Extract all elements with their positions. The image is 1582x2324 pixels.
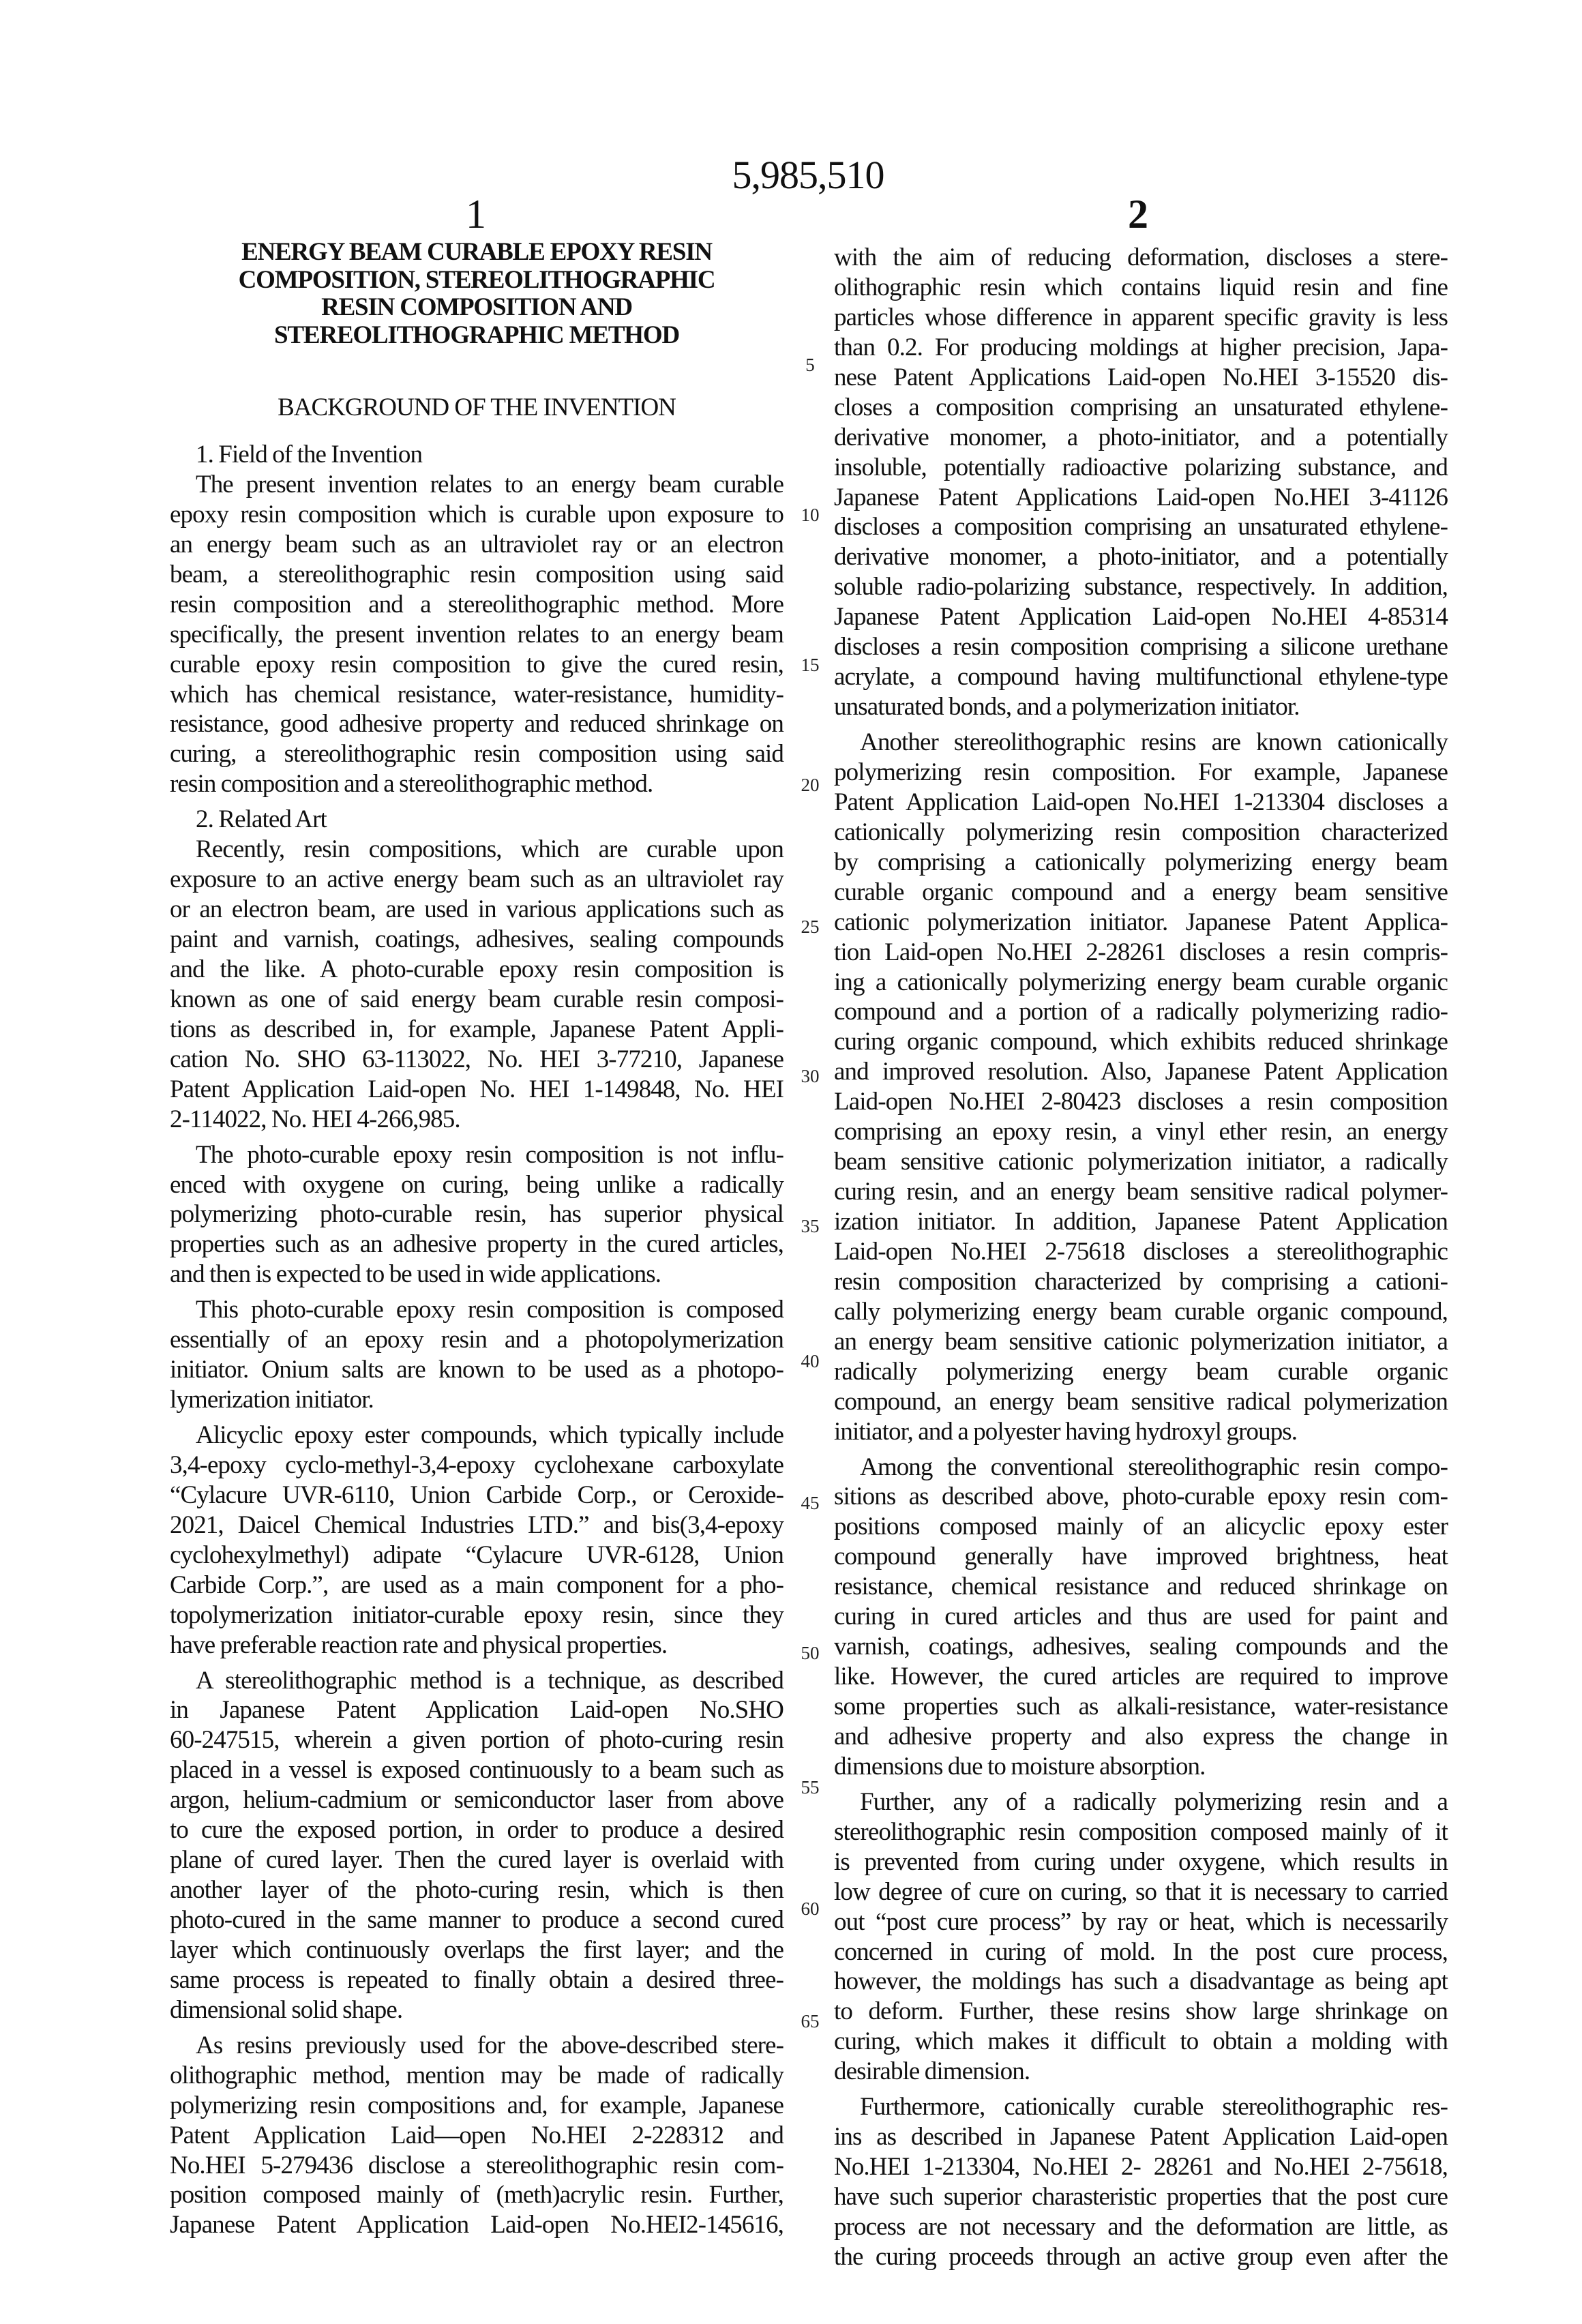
text-line: curing resin, and an energy beam sensiti…: [834, 1177, 1448, 1207]
text-line: is prevented from curing under oxygene, …: [834, 1847, 1448, 1877]
text-line: beam sensitive cationic polymerization i…: [834, 1147, 1448, 1177]
line-number: 15: [791, 656, 829, 674]
text-line: ization initiator. In addition, Japanese…: [834, 1207, 1448, 1237]
paragraph-field: The present invention relates to an ener…: [170, 470, 783, 805]
text-line: varnish, coatings, adhesives, sealing co…: [834, 1632, 1448, 1662]
text-line: compound, an energy beam sensitive radic…: [834, 1387, 1448, 1417]
text-line: polymerizing resin compositions and, for…: [170, 2091, 783, 2121]
paragraph-right-4: Further, any of a radically polymerizing…: [834, 1787, 1448, 2092]
text-line: beam, a stereolithographic resin composi…: [170, 560, 783, 590]
text-line: Japanese Patent Applications Laid-open N…: [834, 483, 1448, 513]
text-line: have such superior charasteristic proper…: [834, 2182, 1448, 2212]
text-line: desirable dimension.: [834, 2057, 1448, 2087]
paragraph-related-6: As resins previously used for the above-…: [170, 2031, 783, 2241]
section-heading-background: BACKGROUND OF THE INVENTION: [170, 393, 783, 423]
text-line: curing organic compound, which exhibits …: [834, 1027, 1448, 1057]
text-line: topolymerization initiator-curable epoxy…: [170, 1600, 783, 1630]
line-number: 55: [791, 1778, 829, 1797]
text-line: another layer of the photo-curing resin,…: [170, 1875, 783, 1905]
text-line: radically polymerizing energy beam curab…: [834, 1357, 1448, 1387]
text-line: than 0.2. For producing moldings at high…: [834, 333, 1448, 363]
text-line: curing, which makes it difficult to obta…: [834, 2027, 1448, 2057]
line-number: 45: [791, 1494, 829, 1513]
text-line: an energy beam such as an ultraviolet ra…: [170, 530, 783, 560]
text-line: enced with oxygene on curing, being unli…: [170, 1170, 783, 1200]
text-line: The photo-curable epoxy resin compositio…: [170, 1140, 783, 1170]
text-line: soluble radio-polarizing substance, resp…: [834, 572, 1448, 602]
text-line: 60-247515, wherein a given portion of ph…: [170, 1725, 783, 1755]
left-column: ENERGY BEAM CURABLE EPOXY RESINCOMPOSITI…: [170, 239, 783, 2240]
text-line: process are not necessary and the deform…: [834, 2212, 1448, 2242]
text-line: acrylate, a compound having multifunctio…: [834, 662, 1448, 692]
text-line: or an electron beam, are used in various…: [170, 895, 783, 925]
text-line: however, the moldings has such a disadva…: [834, 1967, 1448, 1997]
text-line: 2021, Daicel Chemical Industries LTD.” a…: [170, 1510, 783, 1540]
line-number: 60: [791, 1900, 829, 1918]
text-line: tions as described in, for example, Japa…: [170, 1015, 783, 1045]
line-number: 10: [791, 506, 829, 524]
text-line: dimensions due to moisture absorption.: [834, 1752, 1448, 1782]
text-line: sitions as described above, photo-curabl…: [834, 1482, 1448, 1512]
text-line: concerned in curing of mold. In the post…: [834, 1937, 1448, 1967]
text-line: cally polymerizing energy beam curable o…: [834, 1297, 1448, 1327]
text-line: closes a composition comprising an unsat…: [834, 393, 1448, 423]
text-line: curing, a stereolithographic resin compo…: [170, 739, 783, 769]
line-number: 50: [791, 1644, 829, 1663]
text-line: resin composition and a stereolithograph…: [170, 590, 783, 620]
text-line: This photo-curable epoxy resin compositi…: [170, 1295, 783, 1325]
text-line: photo-cured in the same manner to produc…: [170, 1905, 783, 1935]
text-line: comprising an epoxy resin, a vinyl ether…: [834, 1117, 1448, 1147]
text-line: stereolithographic resin composition com…: [834, 1817, 1448, 1847]
text-line: low degree of cure on curing, so that it…: [834, 1877, 1448, 1907]
text-line: Japanese Patent Application Laid-open No…: [170, 2210, 783, 2240]
text-line: Patent Application Laid—open No.HEI 2-22…: [170, 2121, 783, 2151]
text-line: resin composition and a stereolithograph…: [170, 769, 783, 799]
text-line: to cure the exposed portion, in order to…: [170, 1815, 783, 1845]
title-line: STEREOLITHOGRAPHIC METHOD: [170, 322, 783, 350]
text-line: discloses a composition comprising an un…: [834, 512, 1448, 542]
text-line: and the like. A photo-curable epoxy resi…: [170, 955, 783, 985]
text-line: and improved resolution. Also, Japanese …: [834, 1057, 1448, 1087]
text-line: with the aim of reducing deformation, di…: [834, 243, 1448, 273]
right-column: with the aim of reducing deformation, di…: [834, 243, 1448, 2272]
text-line: olithographic method, mention may be mad…: [170, 2061, 783, 2091]
text-line: cationic polymerization initiator. Japan…: [834, 908, 1448, 938]
text-line: and adhesive property and also express t…: [834, 1722, 1448, 1752]
text-line: Another stereolithographic resins are kn…: [834, 728, 1448, 758]
text-line: resin composition characterized by compr…: [834, 1267, 1448, 1297]
text-line: resistance, chemical resistance and redu…: [834, 1572, 1448, 1602]
text-line: have preferable reaction rate and physic…: [170, 1630, 783, 1660]
column-number-right: 2: [1070, 194, 1206, 235]
text-line: The present invention relates to an ener…: [170, 470, 783, 500]
text-line: ing a cationically polymerizing energy b…: [834, 968, 1448, 998]
paragraph-right-2: Another stereolithographic resins are kn…: [834, 728, 1448, 1452]
text-line: resistance, good adhesive property and r…: [170, 709, 783, 739]
text-line: polymerizing resin composition. For exam…: [834, 758, 1448, 788]
text-line: initiator, and a polyester having hydrox…: [834, 1417, 1448, 1447]
text-line: placed in a vessel is exposed continuous…: [170, 1755, 783, 1785]
line-number: 30: [791, 1067, 829, 1086]
column-number-left: 1: [408, 194, 544, 235]
title-line: RESIN COMPOSITION AND: [170, 294, 783, 322]
text-line: an energy beam sensitive cationic polyme…: [834, 1327, 1448, 1357]
title-line: ENERGY BEAM CURABLE EPOXY RESIN: [170, 239, 783, 267]
line-number: 20: [791, 776, 829, 794]
paragraph-related-4: Alicyclic epoxy ester compounds, which t…: [170, 1420, 783, 1666]
text-line: ins as described in Japanese Patent Appl…: [834, 2122, 1448, 2152]
text-line: Patent Application Laid-open No. HEI 1-1…: [170, 1075, 783, 1105]
text-line: A stereolithographic method is a techniq…: [170, 1666, 783, 1696]
text-line: compound generally have improved brightn…: [834, 1542, 1448, 1572]
text-line: As resins previously used for the above-…: [170, 2031, 783, 2061]
text-line: which has chemical resistance, water-res…: [170, 680, 783, 710]
text-line: paint and varnish, coatings, adhesives, …: [170, 925, 783, 955]
text-line: Laid-open No.HEI 2-80423 discloses a res…: [834, 1087, 1448, 1117]
text-line: to deform. Further, these resins show la…: [834, 1997, 1448, 2027]
text-line: Japanese Patent Application Laid-open No…: [834, 602, 1448, 632]
title-line: COMPOSITION, STEREOLITHOGRAPHIC: [170, 267, 783, 295]
text-line: positions composed mainly of an alicycli…: [834, 1512, 1448, 1542]
text-line: curing in cured articles and thus are us…: [834, 1602, 1448, 1632]
paragraph-related-1: Recently, resin compositions, which are …: [170, 835, 783, 1139]
text-line: Recently, resin compositions, which are …: [170, 835, 783, 865]
text-line: 3,4-epoxy cyclo-methyl-3,4-epoxy cyclohe…: [170, 1450, 783, 1480]
text-line: same process is repeated to finally obta…: [170, 1965, 783, 1995]
text-line: the curing proceeds through an active gr…: [834, 2242, 1448, 2272]
text-line: derivative monomer, a photo-initiator, a…: [834, 423, 1448, 453]
text-line: exposure to an active energy beam such a…: [170, 865, 783, 895]
line-number: 25: [791, 918, 829, 936]
paragraph-related-5: A stereolithographic method is a techniq…: [170, 1666, 783, 2031]
line-number: 65: [791, 2012, 829, 2031]
text-line: cationically polymerizing resin composit…: [834, 818, 1448, 848]
text-line: and then is expected to be used in wide …: [170, 1260, 783, 1290]
text-line: polymerizing photo-curable resin, has su…: [170, 1200, 783, 1230]
text-line: essentially of an epoxy resin and a phot…: [170, 1325, 783, 1355]
text-line: unsaturated bonds, and a polymerization …: [834, 692, 1448, 722]
paragraph-right-5: Furthermore, cationically curable stereo…: [834, 2092, 1448, 2272]
text-line: Carbide Corp.”, are used as a main compo…: [170, 1570, 783, 1600]
text-line: Laid-open No.HEI 2-75618 discloses a ste…: [834, 1237, 1448, 1267]
text-line: insoluble, potentially radioactive polar…: [834, 453, 1448, 483]
text-line: nese Patent Applications Laid-open No.HE…: [834, 363, 1448, 393]
text-line: Patent Application Laid-open No.HEI 1-21…: [834, 788, 1448, 818]
text-line: initiator. Onium salts are known to be u…: [170, 1355, 783, 1385]
subheading-field-of-invention: 1. Field of the Invention: [170, 440, 783, 470]
text-line: olithographic resin which contains liqui…: [834, 273, 1448, 303]
text-line: layer which continuously overlaps the fi…: [170, 1935, 783, 1965]
text-line: tion Laid-open No.HEI 2-28261 discloses …: [834, 938, 1448, 968]
text-line: discloses a resin composition comprising…: [834, 632, 1448, 662]
text-line: “Cylacure UVR-6110, Union Carbide Corp.,…: [170, 1480, 783, 1510]
text-line: curable epoxy resin composition to give …: [170, 650, 783, 680]
text-line: Alicyclic epoxy ester compounds, which t…: [170, 1420, 783, 1450]
text-line: derivative monomer, a photo-initiator, a…: [834, 542, 1448, 572]
text-line: some properties such as alkali-resistanc…: [834, 1692, 1448, 1722]
text-line: lymerization initiator.: [170, 1385, 783, 1415]
text-line: out “post cure process” by ray or heat, …: [834, 1907, 1448, 1937]
line-number: 35: [791, 1217, 829, 1236]
text-line: compound and a portion of a radically po…: [834, 997, 1448, 1027]
paragraph-right-1: with the aim of reducing deformation, di…: [834, 243, 1448, 728]
text-line: like. However, the cured articles are re…: [834, 1662, 1448, 1692]
text-line: epoxy resin composition which is curable…: [170, 500, 783, 530]
patent-number: 5,985,510: [0, 155, 1582, 195]
text-line: Among the conventional stereolithographi…: [834, 1452, 1448, 1483]
invention-title: ENERGY BEAM CURABLE EPOXY RESINCOMPOSITI…: [170, 239, 783, 349]
paragraph-right-3: Among the conventional stereolithographi…: [834, 1452, 1448, 1787]
text-line: dimensional solid shape.: [170, 1995, 783, 2025]
text-line: by comprising a cationically polymerizin…: [834, 848, 1448, 878]
line-number: 40: [791, 1352, 829, 1371]
text-line: properties such as an adhesive property …: [170, 1230, 783, 1260]
text-line: position composed mainly of (meth)acryli…: [170, 2180, 783, 2210]
text-line: known as one of said energy beam curable…: [170, 985, 783, 1015]
text-line: specifically, the present invention rela…: [170, 620, 783, 650]
line-number: 5: [791, 356, 829, 374]
text-line: argon, helium-cadmium or semiconductor l…: [170, 1785, 783, 1815]
text-line: plane of cured layer. Then the cured lay…: [170, 1845, 783, 1875]
text-line: 2-114022, No. HEI 4-266,985.: [170, 1105, 783, 1135]
text-line: curable organic compound and a energy be…: [834, 878, 1448, 908]
text-line: particles whose difference in apparent s…: [834, 303, 1448, 333]
paragraph-related-3: This photo-curable epoxy resin compositi…: [170, 1295, 783, 1420]
text-line: Further, any of a radically polymerizing…: [834, 1787, 1448, 1817]
text-line: in Japanese Patent Application Laid-open…: [170, 1695, 783, 1725]
paragraph-related-2: The photo-curable epoxy resin compositio…: [170, 1140, 783, 1296]
text-line: cation No. SHO 63-113022, No. HEI 3-7721…: [170, 1045, 783, 1075]
text-line: No.HEI 5-279436 disclose a stereolithogr…: [170, 2151, 783, 2181]
text-line: cyclohexylmethyl) adipate “Cylacure UVR-…: [170, 1540, 783, 1570]
text-line: Furthermore, cationically curable stereo…: [834, 2092, 1448, 2122]
text-line: No.HEI 1-213304, No.HEI 2- 28261 and No.…: [834, 2152, 1448, 2182]
subheading-related-art: 2. Related Art: [170, 805, 783, 835]
